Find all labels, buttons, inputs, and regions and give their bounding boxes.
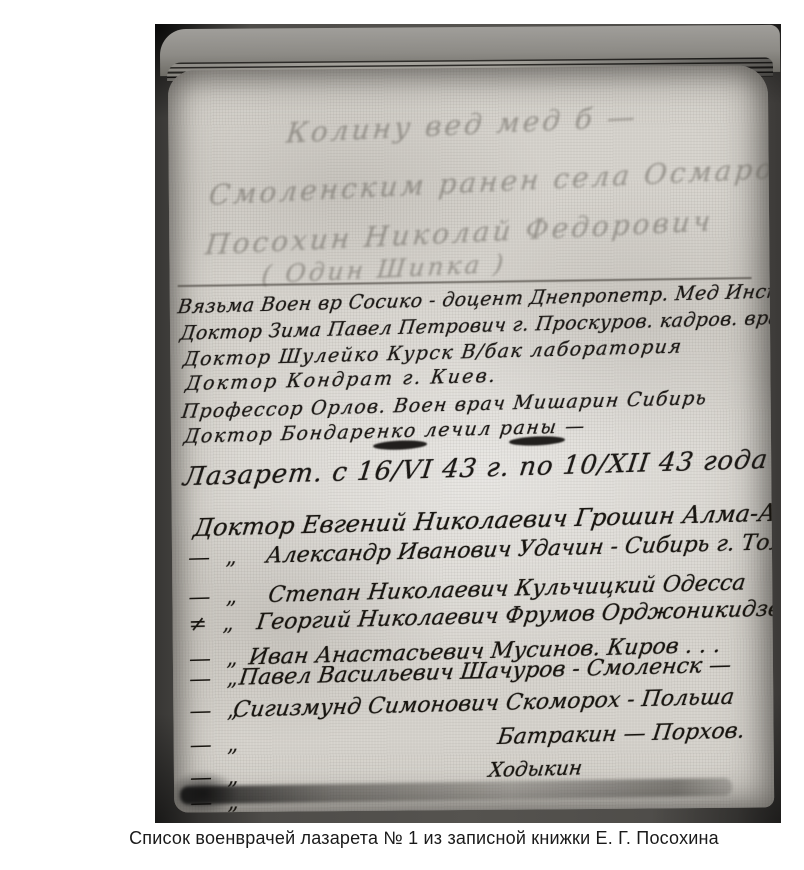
notebook-photo: Колину вед мед б — Смоленским ранен села… [155,24,781,823]
row-marker: — „ [188,584,253,611]
notebook-page: Колину вед мед б — Смоленским ранен села… [168,65,774,812]
row-text: Сигизмунд Симонович Скоморох - Польша [232,685,736,723]
doctors-roster: Доктор Евгений Николаевич Грошин Алма-Ат… [168,65,774,812]
roster-row: — „ Сигизмунд Симонович Скоморох - Польш… [189,685,734,724]
roster-row: — „ Батракин — Порхов. [189,719,745,759]
row-marker: — „ [189,732,254,759]
row-marker: — „ [188,544,253,571]
row-marker: ≠ „ [188,611,253,638]
row-text: Ходыкин [487,756,583,783]
caption: Список военврачей лазарета № 1 из записн… [0,828,804,849]
row-text: Батракин — Порхов. [496,719,746,751]
